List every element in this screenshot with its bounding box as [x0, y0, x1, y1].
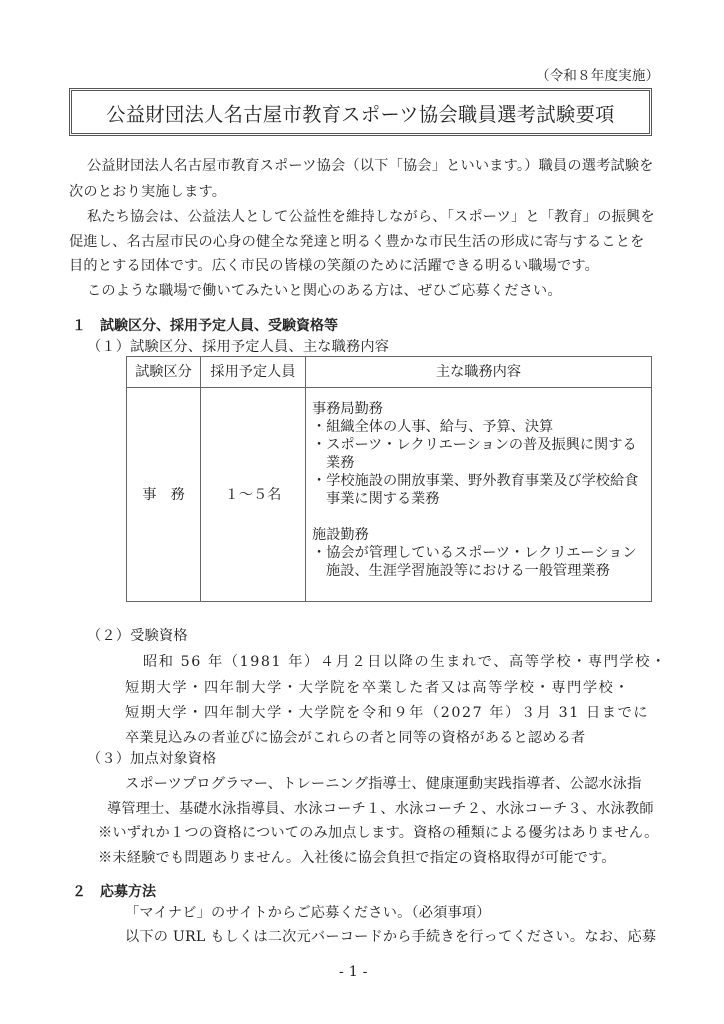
eligibility-line: 卒業見込みの者並びに協会がこれらの者と同等の資格があると認める者: [125, 729, 585, 747]
qualification-note: ※未経験でも問題ありません。入社後に協会負担で指定の資格取得が可能です。: [98, 849, 616, 867]
header-category: 試験区分: [127, 357, 201, 388]
sub1-heading: （１）試験区分、採用予定人員、主な職務内容: [87, 338, 389, 356]
eligibility-line: 短期大学・四年制大学・大学院を卒業した者又は高等学校・専門学校・: [125, 679, 630, 697]
fiscal-year-note: （令和８年度実施）: [536, 67, 659, 85]
intro-line: このような職場で働いてみたいと関心のある方は、ぜひご応募ください。: [87, 282, 562, 300]
header-count: 採用予定人員: [201, 357, 306, 388]
cell-duties: 事務局勤務 ・組織全体の人事、給与、予算、決算 ・スポーツ・レクリエーションの普…: [306, 388, 652, 602]
cell-count: １～５名: [201, 388, 306, 602]
duty-item: ・学校施設の開放事業、野外教育事業及び学校給食事業に関する業務: [312, 472, 645, 508]
duty-group-title: 施設勤務: [312, 526, 645, 544]
intro-line: 私たち協会は、公益法人として公益性を維持しながら、「スポーツ」と「教育」の振興を: [87, 208, 655, 226]
cell-category: 事 務: [127, 388, 201, 602]
application-line: 「マイナビ」のサイトからご応募ください。（必須事項）: [125, 904, 491, 922]
intro-line: 目的とする団体です。広く市民の皆様の笑顔のために活躍できる明るい職場です。: [69, 257, 599, 275]
duty-item: ・協会が管理しているスポーツ・レクリエーション施設、生涯学習施設等における一般管…: [312, 544, 645, 580]
duty-item: ・スポーツ・レクリエーションの普及振興に関する業務: [312, 436, 645, 472]
sub3-heading: （３）加点対象資格: [87, 750, 217, 768]
intro-line: 次のとおり実施します。: [69, 183, 226, 201]
application-line: 以下の URL もしくは二次元バーコードから手続きを行ってください。なお、応募: [125, 928, 656, 946]
title-box: 公益財団法人名古屋市教育スポーツ協会職員選考試験要項: [69, 88, 652, 136]
table-row: 事 務 １～５名 事務局勤務 ・組織全体の人事、給与、予算、決算 ・スポーツ・レ…: [127, 388, 652, 602]
qualification-line: スポーツプログラマー、トレーニング指導士、健康運動実践指導者、公認水泳指: [125, 775, 642, 793]
duty-item: ・組織全体の人事、給与、予算、決算: [312, 418, 645, 436]
sub2-heading: （２）受験資格: [87, 627, 188, 645]
page-title: 公益財団法人名古屋市教育スポーツ協会職員選考試験要項: [72, 104, 649, 126]
spacer: [312, 508, 645, 526]
eligibility-line: 昭和 56 年（1981 年）４月２日以降の生まれで、高等学校・専門学校・: [143, 653, 667, 671]
qualification-line: 導管理士、基礎水泳指導員、水泳コーチ１、水泳コーチ２、水泳コーチ３、水泳教師: [107, 800, 654, 818]
duties-table: 試験区分 採用予定人員 主な職務内容 事 務 １～５名 事務局勤務 ・組織全体の…: [126, 356, 652, 602]
table-header-row: 試験区分 採用予定人員 主な職務内容: [127, 357, 652, 388]
intro-line: 促進し、名古屋市民の心身の健全な発達と明るく豊かな市民生活の形成に寄与することを: [69, 233, 645, 251]
intro-line: 公益財団法人名古屋市教育スポーツ協会（以下「協会」といいます。）職員の選考試験を: [87, 157, 654, 175]
duty-group-title: 事務局勤務: [312, 400, 645, 418]
page-number: - 1 -: [339, 963, 368, 981]
section1-heading: １ 試験区分、採用予定人員、受験資格等: [72, 315, 338, 335]
header-duties: 主な職務内容: [306, 357, 652, 388]
eligibility-line: 短期大学・四年制大学・大学院を令和９年（2027 年）３月 31 日までに: [125, 704, 649, 722]
qualification-note: ※いずれか１つの資格についてのみ加点します。資格の種類による優劣はありません。: [98, 824, 659, 842]
section2-heading: ２ 応募方法: [72, 881, 156, 901]
